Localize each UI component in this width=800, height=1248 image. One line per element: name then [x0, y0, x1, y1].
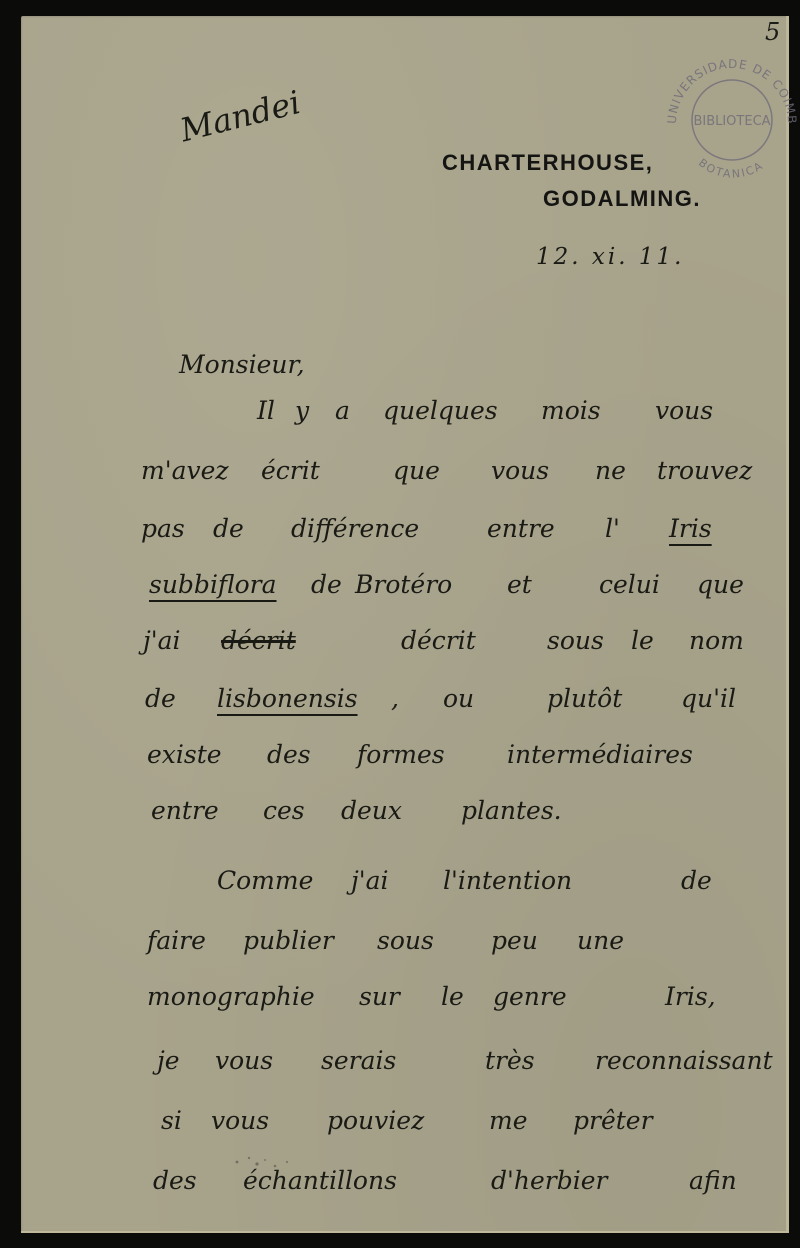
word: trouvez — [657, 456, 752, 485]
salutation: Monsieur, — [179, 350, 305, 379]
word-underlined: Iris — [669, 514, 712, 543]
word: une — [577, 926, 624, 955]
letter-line: Il y a quelques mois vous — [21, 396, 789, 446]
letter-line: pas de différence entre l' Iris — [21, 514, 789, 564]
word: mois — [541, 396, 601, 425]
letterhead-line-1: CHARTERHOUSE, — [442, 150, 653, 176]
word: pas — [141, 514, 185, 543]
word: que — [697, 570, 744, 599]
word: le — [631, 626, 654, 655]
word: ne — [595, 456, 626, 485]
word: a — [335, 396, 350, 425]
word: j'ai — [143, 626, 181, 655]
word: prêter — [573, 1106, 653, 1135]
letter-line: si vous pouviez me prêter — [21, 1106, 789, 1156]
word: ou — [443, 684, 474, 713]
word: que — [393, 456, 440, 485]
word: sur — [359, 982, 400, 1011]
word: j'ai — [351, 866, 389, 895]
word: Brotéro — [355, 570, 452, 599]
word: nom — [689, 626, 744, 655]
word: sous — [377, 926, 434, 955]
word: de — [145, 684, 176, 713]
word: de — [311, 570, 342, 599]
letter-line: faire publier sous peu une — [21, 926, 789, 976]
word: ces — [263, 796, 305, 825]
word: vous — [211, 1106, 269, 1135]
word: plantes. — [461, 796, 562, 825]
word: et — [507, 570, 532, 599]
word: si — [161, 1106, 182, 1135]
word: vous — [491, 456, 549, 485]
word: y — [295, 396, 309, 425]
word-struck-through: décrit — [221, 626, 296, 655]
letterhead-line-2: GODALMING. — [543, 186, 701, 212]
letter-line: de lisbonensis , ou plutôt qu'il — [21, 684, 789, 734]
word: le — [441, 982, 464, 1011]
word: Il — [257, 396, 275, 425]
word: vous — [655, 396, 713, 425]
word: existe — [147, 740, 222, 769]
word: d'herbier — [491, 1166, 607, 1195]
word: genre — [493, 982, 567, 1011]
word: reconnaissant — [595, 1046, 773, 1075]
word: des — [267, 740, 311, 769]
letter-line: entre ces deux plantes. — [21, 796, 789, 846]
word: de — [213, 514, 244, 543]
library-stamp-icon: UNIVERSIDADE DE COIMBRA BIBLIOTECA BOTAN… — [658, 46, 800, 192]
ink-smudge-icon — [231, 1154, 301, 1172]
word: qu'il — [681, 684, 736, 713]
word: afin — [689, 1166, 737, 1195]
word: très — [485, 1046, 535, 1075]
word: décrit — [401, 626, 476, 655]
word: l' — [605, 514, 620, 543]
word: faire — [147, 926, 206, 955]
letter-line: monographie sur le genre Iris, — [21, 982, 789, 1032]
word: plutôt — [547, 684, 622, 713]
word: me — [489, 1106, 528, 1135]
word: écrit — [261, 456, 320, 485]
word-underlined: subbiflora — [149, 570, 277, 599]
annotation: Mandei — [176, 83, 304, 149]
word: l'intention — [443, 866, 572, 895]
word: publier — [243, 926, 334, 955]
word: entre — [151, 796, 219, 825]
word: Iris, — [665, 982, 716, 1011]
paper-edge — [21, 1231, 789, 1233]
word: intermédiaires — [507, 740, 693, 769]
word: deux — [341, 796, 402, 825]
word: différence — [291, 514, 419, 543]
letter-page: 5 UNIVERSIDADE DE COIMBRA BIBLIOTECA BOT… — [21, 16, 789, 1233]
letter-line: Comme j'ai l'intention de — [21, 866, 789, 916]
letter-line: existe des formes intermédiaires — [21, 740, 789, 790]
letter-line: j'ai décrit décrit sous le nom — [21, 626, 789, 676]
word: entre — [487, 514, 555, 543]
letter-line: je vous serais très reconnaissant — [21, 1046, 789, 1096]
word: serais — [321, 1046, 396, 1075]
letter-line: m'avez écrit que vous ne trouvez — [21, 456, 789, 506]
word: Comme — [217, 866, 313, 895]
letter-line: des échantillons d'herbier afin — [21, 1166, 789, 1216]
word: celui — [599, 570, 660, 599]
stamp-center-text: BIBLIOTECA — [693, 114, 770, 129]
word: sous — [547, 626, 604, 655]
word: je — [157, 1046, 180, 1075]
word: peu — [491, 926, 538, 955]
word-underlined: lisbonensis — [217, 684, 358, 713]
letter-line: subbiflora de Brotéro et celui que — [21, 570, 789, 620]
letter-date: 12. xi. 11. — [536, 244, 684, 270]
word: formes — [357, 740, 445, 769]
word: pouviez — [327, 1106, 424, 1135]
word: m'avez — [141, 456, 229, 485]
word: quelques — [383, 396, 498, 425]
word: de — [681, 866, 712, 895]
folio-number: 5 — [765, 18, 780, 46]
word: monographie — [147, 982, 315, 1011]
word: vous — [215, 1046, 273, 1075]
word: , — [391, 684, 399, 713]
word: des — [153, 1166, 197, 1195]
